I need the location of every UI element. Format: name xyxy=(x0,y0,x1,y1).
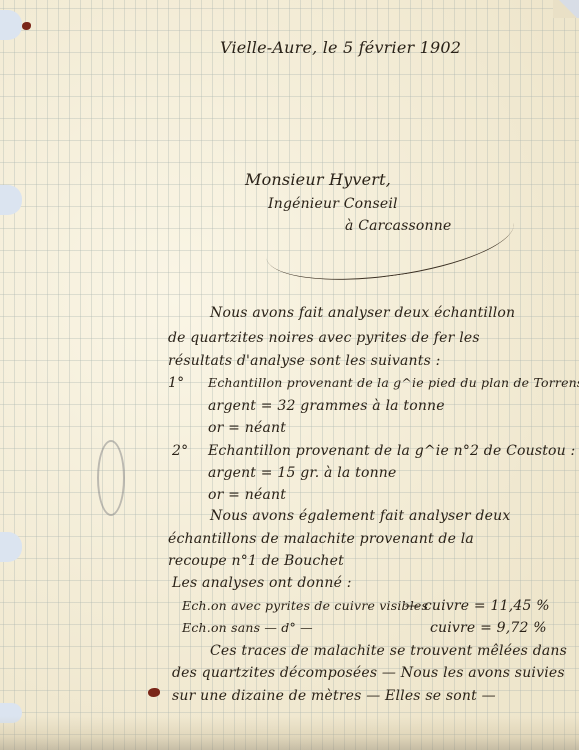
closing-line-2: des quartzites décomposées — Nous les av… xyxy=(172,665,565,681)
result-1-value: — cuivre = 11,45 % xyxy=(405,598,550,614)
sample-1-or: or = néant xyxy=(208,420,286,436)
corner-fold xyxy=(553,0,579,18)
malachite-line-1: Nous avons également fait analyser deux xyxy=(210,508,510,524)
dateline: Vielle-Aure, le 5 février 1902 xyxy=(220,38,461,57)
pencil-oval-mark xyxy=(97,440,125,516)
result-1-label: Ech.on avec pyrites de cuivre visibles xyxy=(182,598,428,613)
bottom-fold-shadow xyxy=(0,716,579,750)
sample-2-or: or = néant xyxy=(208,487,286,503)
closing-line-3: sur une dizaine de mètres — Elles se son… xyxy=(172,688,496,704)
result-2-value: cuivre = 9,72 % xyxy=(430,620,547,636)
ink-stain xyxy=(148,688,160,697)
sample-1-source: Echantillon provenant de la g^ie pied du… xyxy=(208,375,579,390)
sample-1-number: 1° xyxy=(168,375,184,391)
body-line-2: de quartzites noires avec pyrites de fer… xyxy=(168,330,480,346)
punch-hole-upper xyxy=(0,185,22,215)
punch-hole-top xyxy=(0,10,22,40)
sample-2-argent: argent = 15 gr. à la tonne xyxy=(208,465,397,481)
closing-line-1: Ces traces de malachite se trouvent mêlé… xyxy=(210,643,567,659)
malachite-line-2: échantillons de malachite provenant de l… xyxy=(168,531,474,547)
sample-2-number: 2° xyxy=(172,443,188,459)
sample-1-argent: argent = 32 grammes à la tonne xyxy=(208,398,445,414)
body-line-3: résultats d'analyse sont les suivants : xyxy=(168,353,441,369)
letter-page: Vielle-Aure, le 5 février 1902 Monsieur … xyxy=(0,0,579,750)
malachite-line-4: Les analyses ont donné : xyxy=(172,575,352,591)
sample-2-source: Echantillon provenant de la g^ie n°2 de … xyxy=(208,443,575,459)
malachite-line-3: recoupe n°1 de Bouchet xyxy=(168,553,344,569)
rust-stain xyxy=(22,22,31,30)
result-2-label: Ech.on sans — d° — xyxy=(182,620,313,635)
body-line-1: Nous avons fait analyser deux échantillo… xyxy=(210,305,515,321)
punch-hole-lower xyxy=(0,532,22,562)
recipient-name: Monsieur Hyvert, xyxy=(245,170,391,189)
